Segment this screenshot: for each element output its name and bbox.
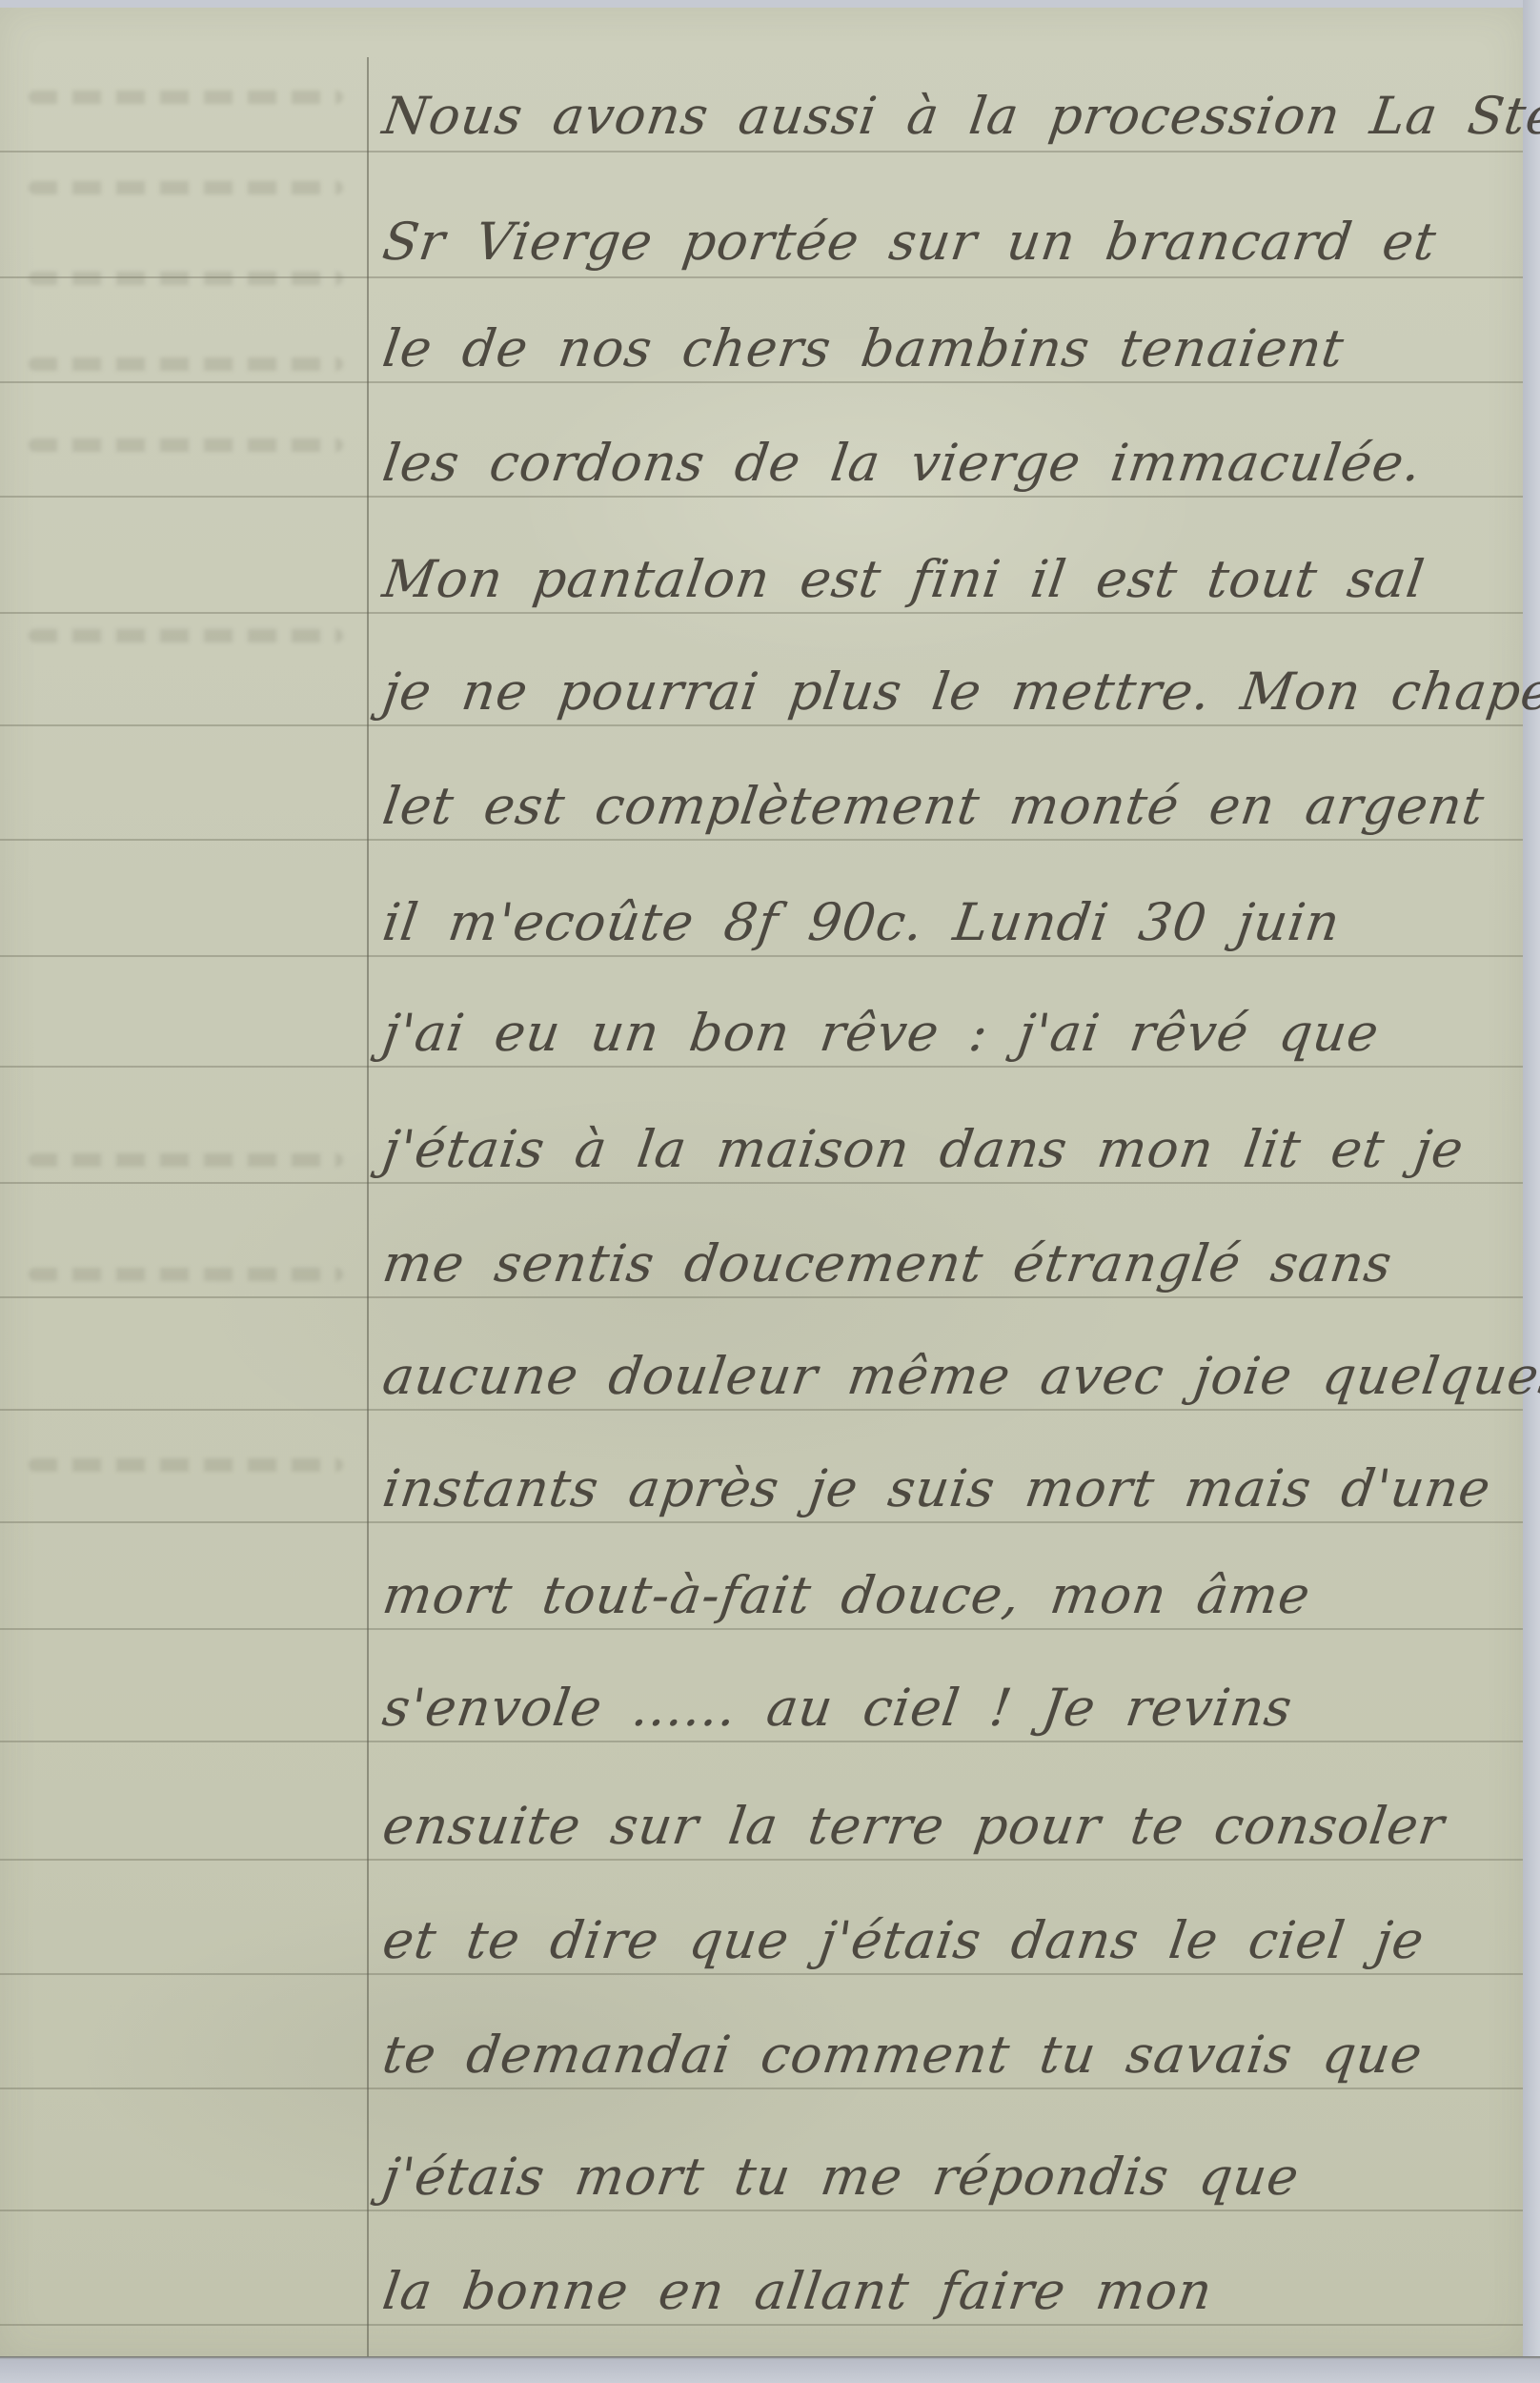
ruled-line — [0, 1066, 1523, 1068]
handwritten-line: j'étais à la maison dans mon lit et je — [379, 1121, 1526, 1178]
ruled-line — [0, 724, 1523, 726]
handwritten-line: ensuite sur la terre pour te consoler — [379, 1798, 1526, 1855]
handwritten-line: instants après je suis mort mais d'une — [379, 1460, 1526, 1517]
ruled-line — [0, 955, 1523, 957]
ruled-line — [0, 1628, 1523, 1630]
handwritten-line: aucune douleur même avec joie quelques — [379, 1348, 1526, 1405]
ruled-line — [0, 2088, 1523, 2089]
bleed-through-mark — [29, 1458, 343, 1472]
handwritten-line: Nous avons aussi à la procession La Ste — [379, 88, 1526, 145]
bleed-through-mark — [29, 272, 343, 285]
ruled-line — [0, 1521, 1523, 1523]
ruled-line — [0, 496, 1523, 498]
handwritten-line: le de nos chers bambins tenaient — [379, 320, 1526, 377]
handwritten-line: il m'ecoûte 8f 90c. Lundi 30 juin — [379, 894, 1526, 951]
handwritten-line: et te dire que j'étais dans le ciel je — [379, 1912, 1526, 1969]
ruled-line — [0, 2324, 1523, 2326]
ruled-line — [0, 839, 1523, 841]
handwritten-line: mort tout-à-fait douce, mon âme — [379, 1567, 1526, 1624]
bleed-through-mark — [29, 91, 343, 104]
handwritten-line: me sentis doucement étranglé sans — [379, 1235, 1526, 1293]
ruled-line — [0, 381, 1523, 383]
handwritten-line: te demandai comment tu savais que — [379, 2027, 1526, 2084]
handwritten-line: s'envole ...... au ciel ! Je revins — [379, 1680, 1526, 1737]
ruled-line — [0, 1973, 1523, 1975]
backdrop-bottom — [0, 2356, 1540, 2383]
handwritten-line: Mon pantalon est fini il est tout sal — [379, 551, 1526, 608]
handwritten-line: je ne pourrai plus le mettre. Mon chapea… — [379, 663, 1526, 721]
ruled-line — [0, 612, 1523, 614]
bleed-through-mark — [29, 629, 343, 642]
ruled-line — [0, 2210, 1523, 2211]
handwritten-line: les cordons de la vierge immaculée. — [379, 435, 1526, 492]
ruled-line — [0, 151, 1523, 153]
ruled-line — [0, 1859, 1523, 1861]
ruled-line — [0, 1741, 1523, 1742]
handwritten-line: j'ai eu un bon rêve : j'ai rêvé que — [379, 1005, 1526, 1062]
ruled-line — [0, 1296, 1523, 1298]
margin-rule — [367, 57, 369, 2356]
handwritten-line: la bonne en allant faire mon — [379, 2263, 1526, 2320]
bleed-through-mark — [29, 1153, 343, 1167]
ruled-line — [0, 1409, 1523, 1411]
handwritten-line: Sr Vierge portée sur un brancard et — [379, 214, 1526, 271]
handwritten-line: j'étais mort tu me répondis que — [379, 2149, 1526, 2206]
handwritten-line: let est complètement monté en argent — [379, 778, 1526, 835]
ruled-line — [0, 1182, 1523, 1184]
bleed-through-mark — [29, 357, 343, 371]
bleed-through-mark — [29, 181, 343, 194]
backdrop-right — [1523, 0, 1540, 2383]
bleed-through-mark — [29, 1268, 343, 1281]
bleed-through-mark — [29, 438, 343, 452]
